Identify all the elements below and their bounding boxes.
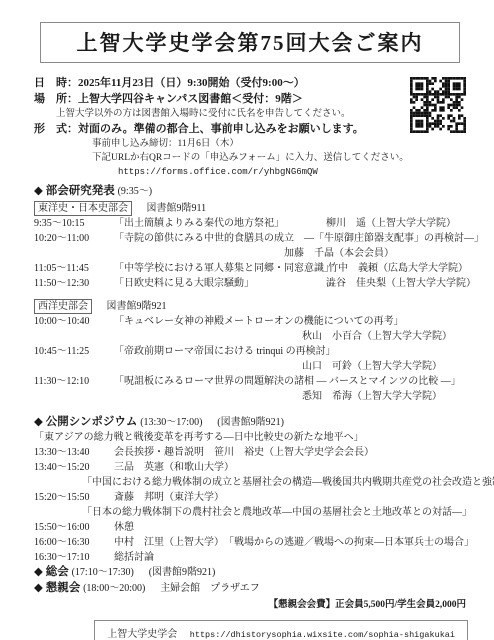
symposium-time: 15:20～15:50 [34, 490, 114, 505]
symposium-paper-title: 「日本の総力戦体制下の農村社会と農地改革―中国の基層社会と土地改革との対話―」 [82, 505, 468, 520]
symposium-time: 13:30～13:40 [34, 445, 114, 460]
symposium-text: 中村 江里（上智大学） 「戦場からの逃避／戦場への拘束―日本軍兵士の場合」 [114, 535, 474, 550]
sessions-heading-time: (9:35～) [118, 186, 152, 197]
symposium-time: 16:30～17:10 [34, 550, 114, 565]
apply-deadline: 事前申し込み締切：11月6日（木） [92, 137, 400, 151]
session-row: 11:30～12:10 「呪詛板にみるローマ世界の問題解決の諸相 ― バースとマ… [34, 374, 468, 389]
session-time: 10:00～10:40 [34, 314, 114, 329]
section-konshinkai: ◆ 懇親会 (18:00～20:00) 主婦会館 プラザエフ [34, 581, 468, 597]
konshinkai-time: (18:00～20:00) [83, 583, 145, 594]
session-speaker: 山口 可鈴（上智大学大学院） [302, 359, 468, 374]
east-session-room: 図書館9階911 [147, 203, 207, 214]
footer: 上智大学史学会 https://dhistorysophia.wixsite.c… [94, 620, 468, 640]
symposium-theme: 「東アジアの総力戦と戦後変革を再考する―日中比較史の新たな地平へ」 [34, 430, 468, 445]
west-session-label: 西洋史部会 [34, 299, 92, 314]
symposium-heading-time: (13:30～17:00) [140, 417, 202, 428]
info-place-note: 上智大学以外の方は図書館入場時に受付に氏名を申告してください。 [56, 107, 400, 121]
session-speaker: 柳川 遥（上智大学大学院） [326, 216, 456, 231]
section-soukai: ◆ 総会 (17:10～17:30) (図書館9階921) [34, 565, 468, 581]
session-row: 10:00～10:40 「キュベレー女神の神殿メートローオンの機能についての再考… [34, 314, 468, 329]
session-speaker: 悉知 希海（上智大学大学院） [302, 389, 468, 404]
symposium-text: 休憩 [114, 520, 134, 535]
session-row: 11:05～11:45 「中等学校における軍人募集と同郷・同窓意識」 竹中 義頼… [34, 261, 468, 276]
session-speaker: 澁谷 佳央梨（上智大学大学院） [326, 276, 476, 291]
symposium-row: 16:00～16:30 中村 江里（上智大学） 「戦場からの逃避／戦場への拘束―… [34, 535, 468, 550]
session-row: 9:35～10:15 「出土簡牘よりみる秦代の地方祭祀」 柳川 遥（上智大学大学… [34, 216, 468, 231]
symposium-time: 16:00～16:30 [34, 535, 114, 550]
session-title: 「寺院の節供にみる中世的食膳具の成立 ―「牛原御庄節器支配事」の再検討―」 [114, 231, 484, 246]
symposium-text: 総括討論 [114, 550, 154, 565]
west-session-room: 図書館9階921 [107, 301, 167, 312]
session-time: 11:30～12:10 [34, 374, 114, 389]
apply-note: 下記URLか右QRコードの「申込みフォーム」に入力、送信してください。 [92, 151, 400, 165]
symposium-room: (図書館9階921) [217, 417, 284, 428]
symposium-heading-label: ◆ 公開シンポジウム [34, 416, 137, 428]
symposium-time: 15:50～16:00 [34, 520, 114, 535]
footer-org: 上智大学史学会 [107, 629, 177, 640]
session-speaker: 秋山 小百合（上智大学大学院） [302, 329, 468, 344]
info-place: 場 所：上智大学四谷キャンパス図書館＜受付：9階＞ [34, 91, 400, 107]
session-speaker: 加藤 千晶（本会会員） [284, 246, 468, 261]
info-datetime: 日 時：2025年11月23日（日）9:30開始（受付9:00～） [34, 75, 400, 91]
soukai-time: (17:10～17:30) [72, 567, 134, 578]
symposium-row: 15:20～15:50 斎藤 邦明（東洋大学） [34, 490, 468, 505]
footer-url: https://dhistorysophia.wixsite.com/sophi… [190, 630, 455, 640]
session-row: 10:20～11:00 「寺院の節供にみる中世的食膳具の成立 ―「牛原御庄節器支… [34, 231, 468, 246]
symposium-row: 16:30～17:10 総括討論 [34, 550, 468, 565]
west-session-header: 西洋史部会 図書館9階921 [34, 299, 468, 314]
session-time: 11:05～11:45 [34, 261, 114, 276]
symposium-paper-title: 「中国における総力戦体制の成立と基層社会の構造―戦後国共内戦期共産党の社会改造と… [82, 475, 468, 490]
symposium-row: 13:30～13:40 会長挨拶・趣旨説明 笹川 裕史（上智大学史学会会長） [34, 445, 468, 460]
symposium-row: 15:50～16:00 休憩 [34, 520, 468, 535]
symposium-time: 13:40～15:20 [34, 460, 114, 475]
konshinkai-heading: ◆ 懇親会 [34, 582, 80, 594]
symposium-text: 三品 英憲（和歌山大学） [114, 460, 234, 475]
session-row: 10:45～11:25 「帝政前期ローマ帝国における trinqui の再検討」 [34, 344, 468, 359]
session-title: 「出土簡牘よりみる秦代の地方祭祀」 [114, 216, 326, 231]
section-symposium-heading: ◆ 公開シンポジウム (13:30～17:00) (図書館9階921) [34, 415, 468, 430]
session-time: 9:35～10:15 [34, 216, 114, 231]
session-title: 「日欧史料に見る大眼宗騒動」 [114, 276, 326, 291]
section-sessions-heading: ◆ 部会研究発表 (9:35～) [34, 184, 468, 199]
event-info: 日 時：2025年11月23日（日）9:30開始（受付9:00～） 場 所：上智… [34, 75, 468, 179]
konshinkai-fee: 【懇親会会費】正会員5,500円/学生会員2,000円 [34, 598, 468, 612]
soukai-heading: ◆ 総会 [34, 566, 69, 578]
konshinkai-venue: 主婦会館 プラザエフ [160, 583, 260, 594]
session-speaker: 竹中 義頼（広島大学大学院） [328, 261, 468, 276]
session-title: 「帝政前期ローマ帝国における trinqui の再検討」 [114, 344, 336, 359]
session-row: 11:50～12:30 「日欧史料に見る大眼宗騒動」 澁谷 佳央梨（上智大学大学… [34, 276, 468, 291]
flyer-page: 上智大学史学会第75回大会ご案内 日 時：2025年11月23日（日）9:30開… [0, 0, 494, 640]
east-session-header: 東洋史・日本史部会 図書館9階911 [34, 201, 468, 216]
info-format: 形 式：対面のみ。準備の都合上、事前申し込みをお願いします。 [34, 121, 400, 137]
east-session-label: 東洋史・日本史部会 [34, 201, 132, 216]
qr-code [410, 77, 466, 133]
session-time: 10:20～11:00 [34, 231, 114, 246]
soukai-room: (図書館9階921) [149, 567, 216, 578]
page-title: 上智大学史学会第75回大会ご案内 [40, 22, 460, 63]
session-title: 「呪詛板にみるローマ世界の問題解決の諸相 ― バースとマインツの比較 ―」 [114, 374, 461, 389]
session-time: 11:50～12:30 [34, 276, 114, 291]
session-title: 「キュベレー女神の神殿メートローオンの機能についての再考」 [114, 314, 404, 329]
sessions-heading-label: ◆ 部会研究発表 [34, 185, 115, 197]
symposium-text: 会長挨拶・趣旨説明 笹川 裕史（上智大学史学会会長） [114, 445, 374, 460]
symposium-row: 13:40～15:20 三品 英憲（和歌山大学） [34, 460, 468, 475]
apply-form-url: https://forms.office.com/r/yhbgNG6mQW [118, 165, 400, 179]
session-title: 「中等学校における軍人募集と同郷・同窓意識」 [114, 261, 328, 276]
symposium-text: 斎藤 邦明（東洋大学） [114, 490, 224, 505]
session-time: 10:45～11:25 [34, 344, 114, 359]
